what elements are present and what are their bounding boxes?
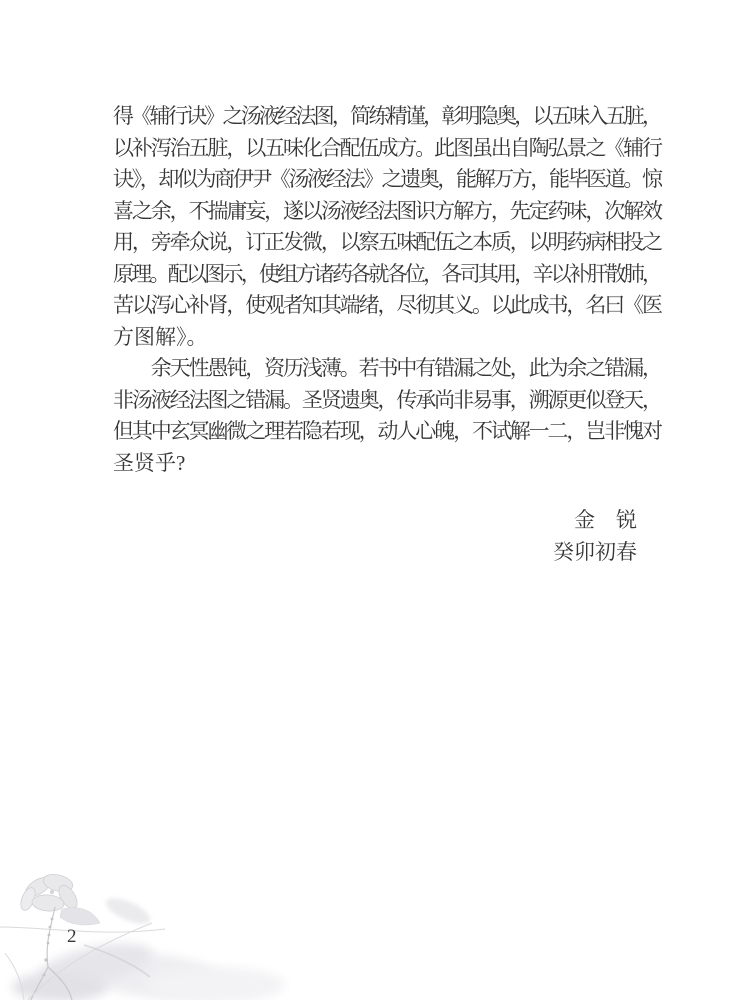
text-line: 用，旁牵众说，订正发微，以察五味配伍之本质，以明药病相投之 — [113, 227, 663, 259]
text-line: 以补泻治五脏，以五味化合配伍成方。此图虽出自陶弘景之《辅行 — [113, 133, 663, 165]
text-line: 余天性愚钝，资历浅薄。若书中有错漏之处，此为余之错漏， — [113, 353, 663, 385]
body-text: 得《辅行诀》之汤液经法图，简练精谨，彰明隐奥，以五味入五脏，以补泻治五脏，以五味… — [113, 101, 663, 479]
wash-leaves — [12, 893, 285, 1000]
text-line: 得《辅行诀》之汤液经法图，简练精谨，彰明隐奥，以五味入五脏， — [113, 101, 663, 133]
text-line: 方图解》。 — [113, 322, 663, 354]
book-page: 2 得《辅行诀》之汤液经法图，简练精谨，彰明隐奥，以五味入五脏，以补泻治五脏，以… — [0, 0, 750, 1000]
text-line: 原理。配以图示，使组方诸药各就各位，各司其用，辛以补肝散肺， — [113, 259, 663, 291]
signature-date: 癸卯初春 — [553, 537, 637, 569]
text-line: 但其中玄冥幽微之理若隐若现，动人心魄，不试解一二，岂非愧对 — [113, 416, 663, 448]
text-line: 诀》，却似为商伊尹《汤液经法》之遗奥，能解万方，能毕医道。惊 — [113, 164, 663, 196]
author-name: 金 锐 — [553, 505, 637, 537]
flower-watermark-icon — [0, 835, 360, 1000]
signature-block: 金 锐 癸卯初春 — [553, 505, 637, 568]
page-number: 2 — [67, 926, 77, 948]
text-line: 非汤液经法图之错漏。圣贤遗奥，传承尚非易事，溯源更似登天， — [113, 385, 663, 417]
text-line: 苦以泻心补肾，使观者知其端绪，尽彻其义。以此成书，名曰《医 — [113, 290, 663, 322]
flower-petal — [60, 908, 100, 925]
flower-head — [18, 872, 81, 913]
text-line: 喜之余，不揣庸妄，遂以汤液经法图识方解方，先定药味，次解效 — [113, 196, 663, 228]
text-line: 圣贤乎? — [113, 448, 663, 480]
grass-strokes — [0, 923, 165, 1000]
flower-stem — [31, 907, 72, 1000]
stem-buds — [43, 918, 54, 977]
